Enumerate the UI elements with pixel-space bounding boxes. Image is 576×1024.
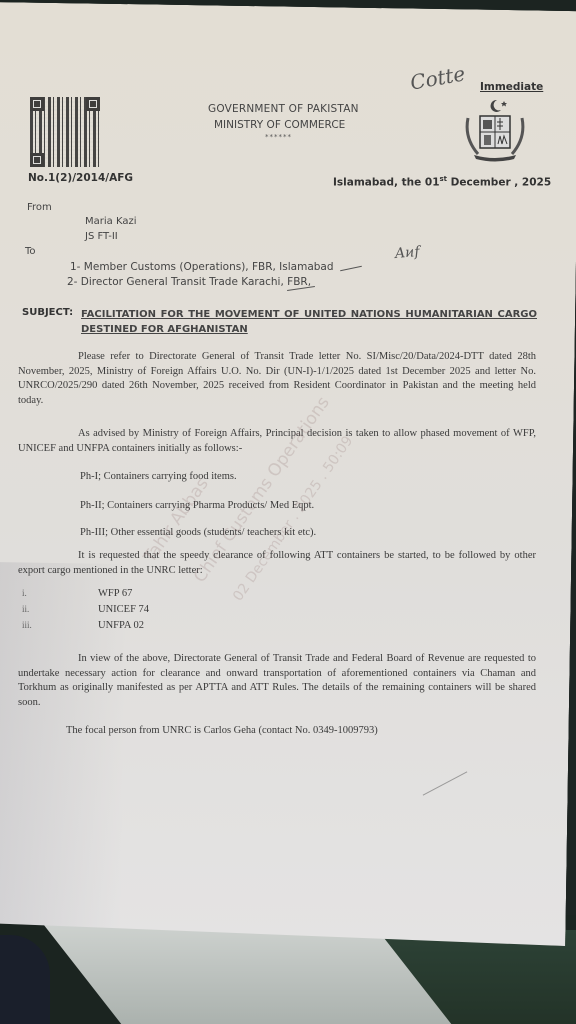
letter: No.1(2)/2014/AFG GOVERNMENT OF PAKISTAN … <box>0 0 576 1024</box>
subject-label: SUBJECT: <box>22 307 73 318</box>
place-and-date: Islamabad, the 01st December , 2025 <box>333 175 551 189</box>
handwritten-note: Cotte <box>408 61 467 94</box>
subject-text: FACILITATION FOR THE MOVEMENT OF UNITED … <box>81 307 537 337</box>
heading-separator: ****** <box>265 133 292 141</box>
phase-1: Ph-I; Containers carrying food items. <box>80 471 237 482</box>
state-emblem-icon <box>460 98 530 163</box>
recipient-2: 2- Director General Transit Trade Karach… <box>67 276 311 288</box>
to-label: To <box>25 246 36 257</box>
recipient-1: 1- Member Customs (Operations), FBR, Isl… <box>70 261 334 273</box>
pen-mark <box>423 771 468 795</box>
paragraph-request: It is requested that the speedy clearanc… <box>18 549 536 578</box>
from-label: From <box>27 202 52 213</box>
container-item: i.WFP 67 <box>18 588 132 599</box>
pen-stroke <box>340 266 362 272</box>
paragraph-focal-person: The focal person from UNRC is Carlos Geh… <box>66 725 378 736</box>
handwritten-initials: Aͷf <box>394 244 420 262</box>
ministry-heading: MINISTRY OF COMMERCE <box>214 119 345 131</box>
sender-designation: JS FT-II <box>85 231 118 242</box>
phase-2: Ph-II; Containers carrying Pharma Produc… <box>80 500 314 511</box>
container-item: iii.UNFPA 02 <box>18 620 144 631</box>
government-heading: GOVERNMENT OF PAKISTAN <box>208 103 359 115</box>
reference-number: No.1(2)/2014/AFG <box>28 172 133 184</box>
paragraph-references: Please refer to Directorate General of T… <box>18 350 536 408</box>
phase-3: Ph-III; Other essential goods (students/… <box>80 527 316 538</box>
paragraph-decision: As advised by Ministry of Foreign Affair… <box>18 427 536 456</box>
qr-code-icon <box>30 97 100 167</box>
paragraph-action: In view of the above, Directorate Genera… <box>18 652 536 710</box>
priority-label: Immediate <box>480 81 543 93</box>
container-item: ii.UNICEF 74 <box>18 604 149 615</box>
sender-name: Maria Kazi <box>85 216 137 227</box>
